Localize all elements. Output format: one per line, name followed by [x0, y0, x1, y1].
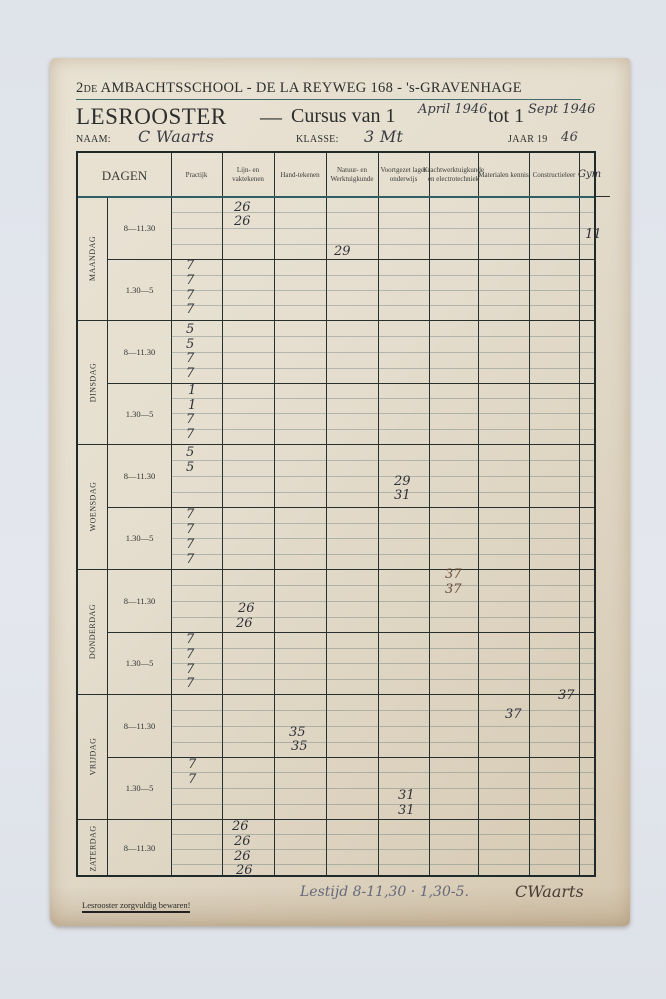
- school-heading: 2DE AMBACHTSSCHOOL - DE LA REYWEG 168 - …: [76, 80, 581, 100]
- signature: CWaarts: [515, 882, 584, 901]
- time-slot: 1.30—5: [108, 383, 171, 444]
- header-lijn-vaktekenen: Lijn- en vaktekenen: [222, 153, 274, 197]
- day-dinsdag: DINSDAG: [78, 320, 108, 444]
- day-vrijdag: VRIJDAG: [78, 694, 108, 819]
- time-slot: 1.30—5: [108, 632, 171, 694]
- entry-room: 5: [186, 323, 194, 337]
- entry-room: 7: [188, 758, 196, 772]
- entry-room: 7: [186, 352, 194, 366]
- slot-divider: [107, 259, 594, 260]
- grid-line: [478, 153, 479, 875]
- entry-room: 7: [186, 413, 194, 427]
- grid-line: [378, 153, 379, 875]
- time-slot: 8—11.30: [108, 444, 171, 507]
- entry-room: 7: [186, 289, 194, 303]
- day-woensdag: WOENSDAG: [78, 444, 108, 569]
- cursus-tot-label: tot 1: [488, 105, 524, 128]
- entry-room: 26: [236, 864, 253, 878]
- entry-room: 31: [398, 804, 415, 818]
- entry-room: 5: [186, 338, 194, 352]
- entry-room: 7: [186, 508, 194, 522]
- entry-room: 7: [186, 259, 194, 273]
- entry-room: 11: [585, 228, 602, 242]
- title-dash: —: [260, 104, 282, 130]
- grid-line: [579, 153, 580, 875]
- entry-room: 1: [188, 399, 196, 413]
- header-krachtwerktuigkunde: Krachtwerktuigkunde en electrotechniek: [429, 153, 478, 197]
- entry-room: 7: [186, 663, 194, 677]
- entry-room: 26: [236, 617, 253, 631]
- grid-line: [222, 153, 223, 875]
- klasse-label: KLASSE:: [296, 134, 339, 145]
- entry-room: 31: [398, 789, 415, 803]
- time-slot: 8—11.30: [108, 197, 171, 259]
- entry-room: 37: [505, 708, 522, 722]
- grid-line: [429, 153, 430, 875]
- time-slot: 8—11.30: [108, 569, 171, 632]
- time-slot: 1.30—5: [108, 757, 171, 819]
- student-info-row: NAAM: C Waarts KLASSE: 3 Mt JAAR 19 46: [76, 131, 596, 147]
- jaar-value: 46: [561, 130, 578, 145]
- entry-room: 7: [186, 303, 194, 317]
- entry-room: 37: [445, 568, 462, 582]
- time-slot: 1.30—5: [108, 507, 171, 569]
- slot-divider: [107, 757, 594, 758]
- entry-room: 26: [234, 201, 251, 215]
- header-practijk: Practijk: [171, 153, 222, 197]
- naam-label: NAAM:: [76, 134, 111, 145]
- handwritten-lesson-times: Lestijd 8-11,30 · 1,30-5.: [300, 884, 469, 900]
- entry-room: 1: [188, 384, 196, 398]
- entry-room: 26: [234, 850, 251, 864]
- entry-room: 7: [186, 633, 194, 647]
- slot-divider: [107, 632, 594, 633]
- entry-room: 26: [234, 215, 251, 229]
- entry-room: 29: [334, 245, 351, 259]
- entry-room: 7: [186, 648, 194, 662]
- entry-room: 26: [232, 820, 249, 834]
- cursus-label: Cursus van 1: [291, 105, 395, 128]
- header-natuur-werktuigkunde: Natuur- en Werktuigkunde: [326, 153, 378, 197]
- entry-room: 7: [186, 677, 194, 691]
- entry-room: 5: [186, 461, 194, 475]
- entry-room: 31: [394, 489, 411, 503]
- jaar-label: JAAR 19: [508, 134, 548, 145]
- footer-note: Lesrooster zorgvuldig bewaren!: [82, 900, 190, 913]
- day-donderdag: DONDERDAG: [78, 569, 108, 694]
- entry-room: 26: [234, 835, 251, 849]
- entry-room: 5: [186, 446, 194, 460]
- entry-room: 7: [186, 523, 194, 537]
- entry-room: 26: [238, 602, 255, 616]
- timetable-grid: DAGEN Practijk Lijn- en vaktekenen Hand-…: [76, 151, 596, 877]
- slot-divider: [107, 383, 594, 384]
- entry-room: 7: [186, 538, 194, 552]
- grid-line: [274, 153, 275, 875]
- extra-column-line: [596, 196, 610, 197]
- slot-divider: [107, 507, 594, 508]
- entry-room: 7: [186, 553, 194, 567]
- time-slot: 1.30—5: [108, 259, 171, 320]
- header-voortgezet-lager-onderwijs: Voortgezet lager onderwijs: [378, 153, 429, 197]
- entry-room: 35: [289, 726, 306, 740]
- entry-room: 7: [188, 773, 196, 787]
- entry-room: 35: [291, 740, 308, 754]
- entry-room: 37: [445, 583, 462, 597]
- entry-room: 7: [186, 367, 194, 381]
- cursus-from-date: April 1946: [418, 102, 487, 117]
- entry-room: 7: [186, 428, 194, 442]
- grid-line: [529, 153, 530, 875]
- time-slot: 8—11.30: [108, 694, 171, 757]
- entry-room: 29: [394, 475, 411, 489]
- day-maandag: MAANDAG: [78, 197, 108, 320]
- grid-line: [326, 153, 327, 875]
- header-dagen: DAGEN: [78, 153, 171, 197]
- day-zaterdag: ZATERDAG: [78, 819, 108, 877]
- entry-room: 37: [558, 689, 575, 703]
- time-slot: 8—11.30: [108, 819, 171, 877]
- extra-column-header: Gym: [578, 168, 601, 182]
- header-handtekenen: Hand-tekenen: [274, 153, 326, 197]
- header-materialen-kennis: Materialen kennis: [478, 153, 529, 197]
- klasse-value: 3 Mt: [364, 127, 403, 146]
- entry-room: 7: [186, 274, 194, 288]
- grid-line: [171, 153, 172, 875]
- time-slot: 8—11.30: [108, 320, 171, 383]
- header-constructieleer: Constructieleer: [529, 153, 579, 197]
- cursus-to-date: Sept 1946: [528, 102, 595, 117]
- naam-value: C Waarts: [138, 127, 214, 146]
